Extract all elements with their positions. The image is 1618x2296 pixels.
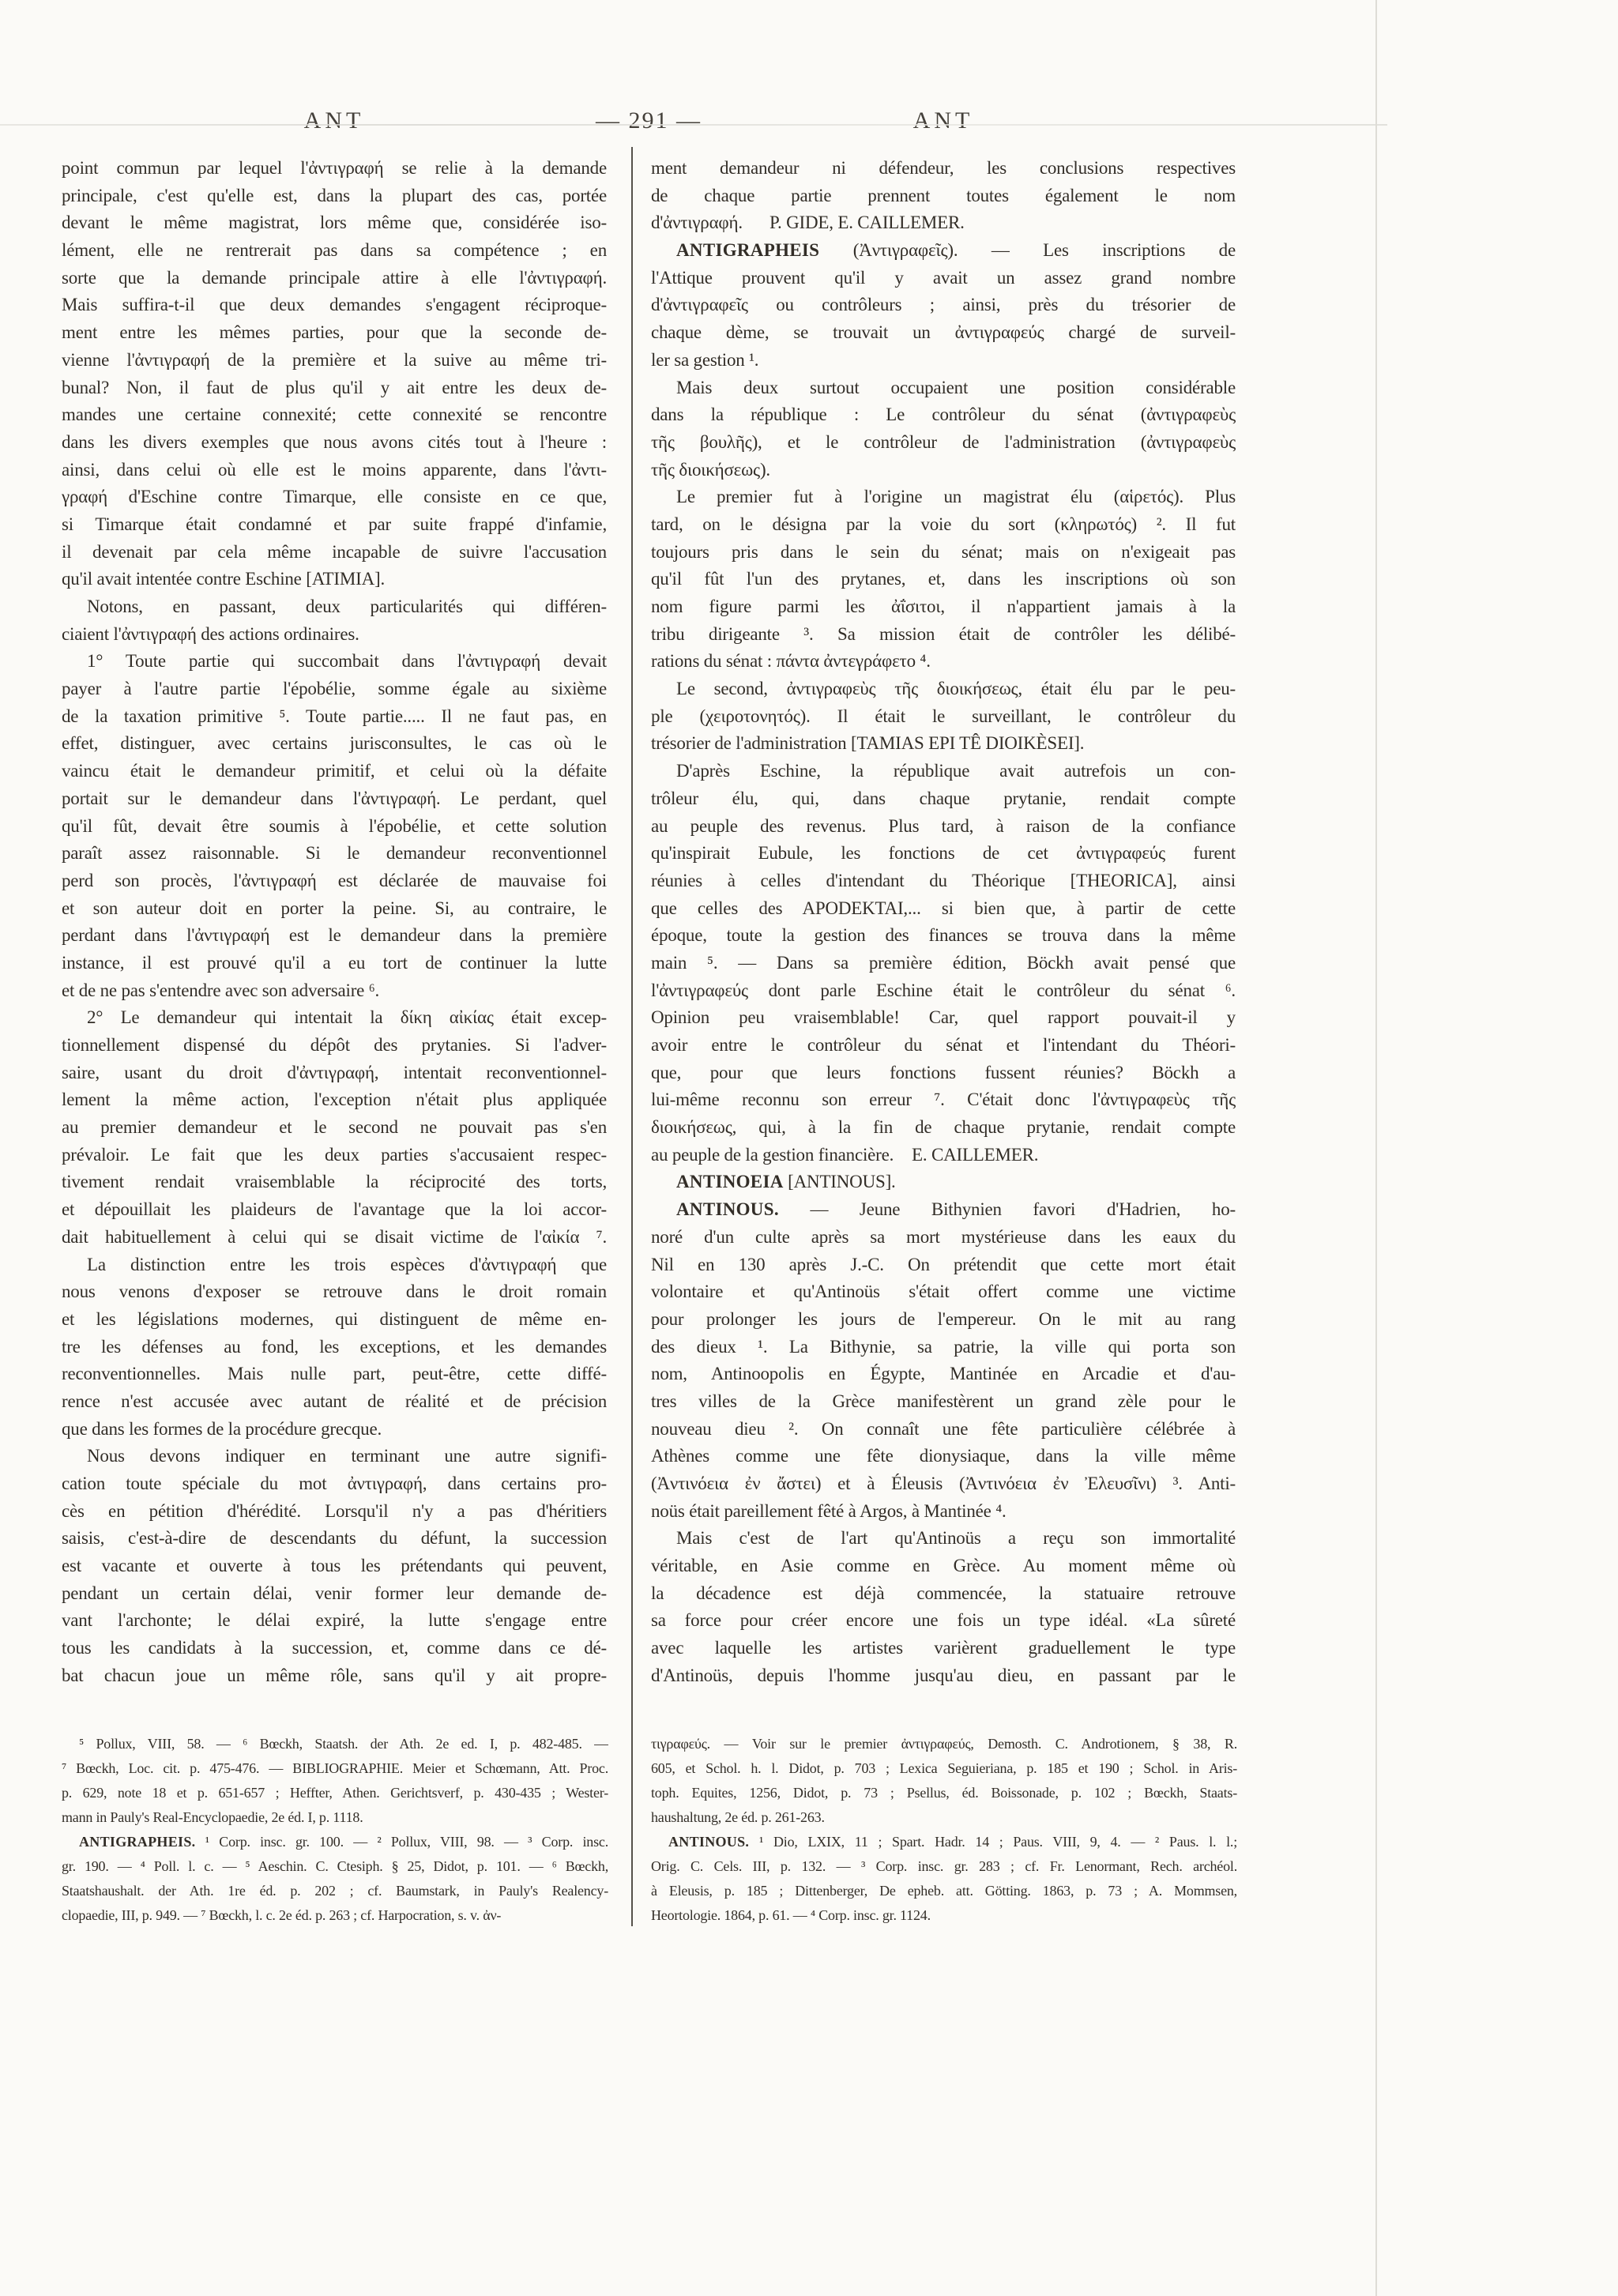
text-line: rence n'est accusée avec autant de réali… [62,1388,607,1416]
text-line: d'ἀντιγραφή. P. GIDE, E. CAILLEMER. [651,209,1236,237]
text-line: tres villes de la Grèce manifestèrent un… [651,1388,1236,1416]
text-line: pour prolonger les jours de l'empereur. … [651,1306,1236,1334]
text-line: τῆς βουλῆς), et le contrôleur de l'admin… [651,429,1236,457]
text-line: clopaedie, III, p. 949. — ⁷ Bœckh, l. c.… [62,1903,608,1928]
text-line: gr. 190. — ⁴ Poll. l. c. — ⁵ Aeschin. C.… [62,1854,608,1879]
text-line: point commun par lequel l'ἀντιγραφή se r… [62,155,607,183]
text-line: ANTINOUS. ¹ Dio, LXIX, 11 ; Spart. Hadr.… [651,1830,1237,1854]
text-line: Opinion peu vraisemblable! Car, quel rap… [651,1004,1236,1032]
text-line: que, pour que leurs fonctions fussent ré… [651,1060,1236,1087]
text-line: et les législations modernes, qui distin… [62,1306,607,1334]
text-line: tous les candidats à la succession, et, … [62,1635,607,1662]
text-line: d'ἀντιγραφεῖς ou contrôleurs ; ainsi, pr… [651,292,1236,319]
text-line: vienne l'ἀντιγραφή de la première et la … [62,347,607,375]
text-line: noüs était pareillement fêté à Argos, à … [651,1498,1236,1526]
text-line: que dans les formes de la procédure grec… [62,1416,607,1443]
text-line: dait habituellement à celui qui se disai… [62,1224,607,1252]
text-line: ciaient l'ἀντιγραφή des actions ordinair… [62,621,607,649]
text-line: est vacante et ouverte à tous les préten… [62,1553,607,1580]
text-line: lément, elle ne rentrerait pas dans sa c… [62,237,607,265]
text-line: tivement rendait vraisemblable la récipr… [62,1169,607,1196]
text-line: Le second, ἀντιγραφεὺς τῆς διοικήσεως, é… [651,676,1236,703]
left-column: point commun par lequel l'ἀντιγραφή se r… [62,155,607,1690]
text-line: Staatshaushalt. der Ath. 1re éd. p. 202 … [62,1879,608,1903]
text-line: haushaltung, 2e éd. p. 261-263. [651,1805,1237,1830]
text-line: vant l'archonte; le délai expiré, la lut… [62,1607,607,1635]
text-line: volontaire et qu'Antinoüs s'était offert… [651,1278,1236,1306]
text-line: ANTINOUS. — Jeune Bithynien favori d'Had… [651,1196,1236,1224]
text-line: bat chacun joue un même rôle, sans qu'il… [62,1662,607,1690]
text-line: D'après Eschine, la république avait aut… [651,758,1236,785]
text-line: dans les divers exemples que nous avons … [62,429,607,457]
text-line: paraît assez raisonnable. Si le demandeu… [62,840,607,868]
text-line: toujours pris dans le sein du sénat; mai… [651,539,1236,566]
text-line: à Eleusis, p. 185 ; Dittenberger, De eph… [651,1879,1237,1903]
text-line: reconventionnelles. Mais nulle part, peu… [62,1361,607,1388]
text-line: la décadence est déjà commencée, la stat… [651,1580,1236,1608]
right-column-footnotes: τιγραφεύς. — Voir sur le premier ἀντιγρα… [651,1732,1237,1928]
text-line: il devenait par cela même incapable de s… [62,539,607,566]
text-line: mandes une certaine connexité; cette con… [62,401,607,429]
text-line: nous venons d'exposer se retrouve dans l… [62,1278,607,1306]
text-line: ANTIGRAPHEIS (Ἀντιγραφεῖς). — Les inscri… [651,237,1236,265]
text-line: ment entre les mêmes parties, pour que l… [62,319,607,347]
text-line: saire, usant du droit d'ἀντιγραφή, inten… [62,1060,607,1087]
text-line: Athènes comme une fête dionysiaque, dans… [651,1443,1236,1470]
text-line: τῆς διοικήσεως). [651,457,1236,484]
text-line: au peuple de la gestion financière. E. C… [651,1142,1236,1169]
text-line: ment demandeur ni défendeur, les conclus… [651,155,1236,183]
text-line: trésorier de l'administration [TAMIAS EP… [651,730,1236,758]
text-line: et de ne pas s'entendre avec son adversa… [62,977,607,1005]
text-line: cation toute spéciale du mot ἀντιγραφή, … [62,1470,607,1498]
text-line: διοικήσεως, qui, à la fin de chaque pryt… [651,1114,1236,1142]
text-line: trôleur élu, qui, dans chaque prytanie, … [651,785,1236,813]
text-line: ple (χειροτονητός). Il était le surveill… [651,703,1236,731]
text-line: qu'il fût, devait être soumis à l'épobél… [62,813,607,841]
text-line: Mais c'est de l'art qu'Antinoüs a reçu s… [651,1525,1236,1553]
text-line: chaque dème, se trouvait un ἀντιγραφεύς … [651,319,1236,347]
text-line: époque, toute la gestion des finances se… [651,922,1236,950]
text-line: si Timarque était condamné et par suite … [62,511,607,539]
text-line: lement la même action, l'exception n'éta… [62,1086,607,1114]
text-line: mann in Pauly's Real-Encyclopaedie, 2e é… [62,1805,608,1830]
text-line: des dieux ¹. La Bithynie, sa patrie, la … [651,1334,1236,1361]
text-line: devant le même magistrat, lors même que,… [62,209,607,237]
text-line: ANTINOEIA [ANTINOUS]. [651,1169,1236,1196]
text-line: au premier demandeur et le second ne pou… [62,1114,607,1142]
text-line: et son auteur doit en porter la peine. S… [62,895,607,923]
text-line: (Ἀντινόεια ἐν ἄστει) et à Éleusis (Ἀντιν… [651,1470,1236,1498]
text-line: cès en pétition d'hérédité. Lorsqu'il n'… [62,1498,607,1526]
text-line: La distinction entre les trois espèces d… [62,1252,607,1279]
text-line: et dépouillait les plaideurs de l'avanta… [62,1196,607,1224]
text-line: Le premier fut à l'origine un magistrat … [651,484,1236,511]
text-line: Nous devons indiquer en terminant une au… [62,1443,607,1470]
text-line: véritable, en Asie comme en Grèce. Au mo… [651,1553,1236,1580]
text-line: Notons, en passant, deux particularités … [62,593,607,621]
text-line: ⁷ Bœckh, Loc. cit. p. 475-476. — BIBLIOG… [62,1756,608,1781]
text-line: principale, c'est qu'elle est, dans la p… [62,183,607,210]
text-line: vaincu était le demandeur primitif, et c… [62,758,607,785]
text-line: portait sur le demandeur dans l'ἀντιγραφ… [62,785,607,813]
text-line: payer à l'autre partie l'épobélie, somme… [62,676,607,703]
text-line: ainsi, dans celui où elle est le moins a… [62,457,607,484]
text-line: perdant dans l'ἀντιγραφή est le demandeu… [62,922,607,950]
text-line: que celles des APODEKTAI,... si bien que… [651,895,1236,923]
text-line: tribu dirigeante ³. Sa mission était de … [651,621,1236,649]
text-line: qu'il avait intentée contre Eschine [ATI… [62,566,607,593]
text-line: nom, Antinoopolis en Égypte, Mantinée en… [651,1361,1236,1388]
right-column: ment demandeur ni défendeur, les conclus… [651,155,1236,1690]
text-line: noré d'un culte après sa mort mystérieus… [651,1224,1236,1252]
text-line: réunies à celles d'intendant du Théoriqu… [651,868,1236,895]
text-line: p. 629, note 18 et p. 651-657 ; Heffter,… [62,1781,608,1805]
text-line: avoir entre le contrôleur du sénat et l'… [651,1032,1236,1060]
text-line: Heortologie. 1864, p. 61. — ⁴ Corp. insc… [651,1903,1237,1928]
text-line: prévaloir. Le fait que les deux parties … [62,1142,607,1169]
text-line: Nil en 130 après J.-C. On prétendit que … [651,1252,1236,1279]
text-line: perd son procès, l'ἀντιγραφή est déclaré… [62,868,607,895]
text-line: lui-même reconnu son erreur ⁷. C'était d… [651,1086,1236,1114]
text-line: 605, et Schol. h. l. Didot, p. 703 ; Lex… [651,1756,1237,1781]
text-line: rations du sénat : πάντα ἀντεγράφετο ⁴. [651,648,1236,676]
text-line: instance, il est prouvé qu'il a eu tort … [62,950,607,977]
text-line: d'Antinoüs, depuis l'homme jusqu'au dieu… [651,1662,1236,1690]
text-line: tard, on le désigna par la voie du sort … [651,511,1236,539]
text-line: Orig. C. Cels. III, p. 132. — ³ Corp. in… [651,1854,1237,1879]
text-line: pendant un certain délai, venir former l… [62,1580,607,1608]
text-line: au peuple des revenus. Plus tard, à rais… [651,813,1236,841]
text-line: 2° Le demandeur qui intentait la δίκη αἰ… [62,1004,607,1032]
scan-artifact-horizontal-line [0,124,1387,126]
text-line: toph. Equites, 1256, Didot, p. 73 ; Psel… [651,1781,1237,1805]
text-line: l'Attique prouvent qu'il y avait un asse… [651,265,1236,292]
text-line: γραφή d'Eschine contre Timarque, elle co… [62,484,607,511]
text-line: main ⁵. — Dans sa première édition, Böck… [651,950,1236,977]
text-line: effet, distinguer, avec certains jurisco… [62,730,607,758]
text-line: 1° Toute partie qui succombait dans l'ἀν… [62,648,607,676]
text-line: tre les défenses au fond, les exceptions… [62,1334,607,1361]
text-line: sa force pour créer encore une fois un t… [651,1607,1236,1635]
text-line: de la taxation primitive ⁵. Toute partie… [62,703,607,731]
text-line: ⁵ Pollux, VIII, 58. — ⁶ Bœckh, Staatsh. … [62,1732,608,1756]
column-divider-rule [631,147,633,1926]
text-line: ANTIGRAPHEIS. ¹ Corp. insc. gr. 100. — ²… [62,1830,608,1854]
text-line: sorte que la demande principale attire à… [62,265,607,292]
left-column-footnotes: ⁵ Pollux, VIII, 58. — ⁶ Bœckh, Staatsh. … [62,1732,608,1928]
text-line: Mais deux surtout occupaient une positio… [651,375,1236,402]
text-line: avec laquelle les artistes varièrent gra… [651,1635,1236,1662]
scan-page-edge-line [1375,0,1377,2296]
text-line: bunal? Non, il faut de plus qu'il y ait … [62,375,607,402]
text-line: nouveau dieu ². On connaît une fête part… [651,1416,1236,1443]
text-line: τιγραφεύς. — Voir sur le premier ἀντιγρα… [651,1732,1237,1756]
text-line: dans la république : Le contrôleur du sé… [651,401,1236,429]
text-line: qu'il fût l'un des prytanes, et, dans le… [651,566,1236,593]
text-line: l'ἀντιγραφεύς dont parle Eschine était l… [651,977,1236,1005]
text-line: tionnellement dispensé du dépôt des pryt… [62,1032,607,1060]
text-line: de chaque partie prennent toutes égaleme… [651,183,1236,210]
text-line: saisis, c'est-à-dire de descendants du d… [62,1525,607,1553]
text-line: ler sa gestion ¹. [651,347,1236,375]
text-line: nom figure parmi les ἀΐσιτοι, il n'appar… [651,593,1236,621]
scanned-dictionary-page: ANT — 291 — ANT point commun par lequel … [0,0,1618,2296]
text-line: Mais suffira-t-il que deux demandes s'en… [62,292,607,319]
text-line: qu'inspirait Eubule, les fonctions de ce… [651,840,1236,868]
